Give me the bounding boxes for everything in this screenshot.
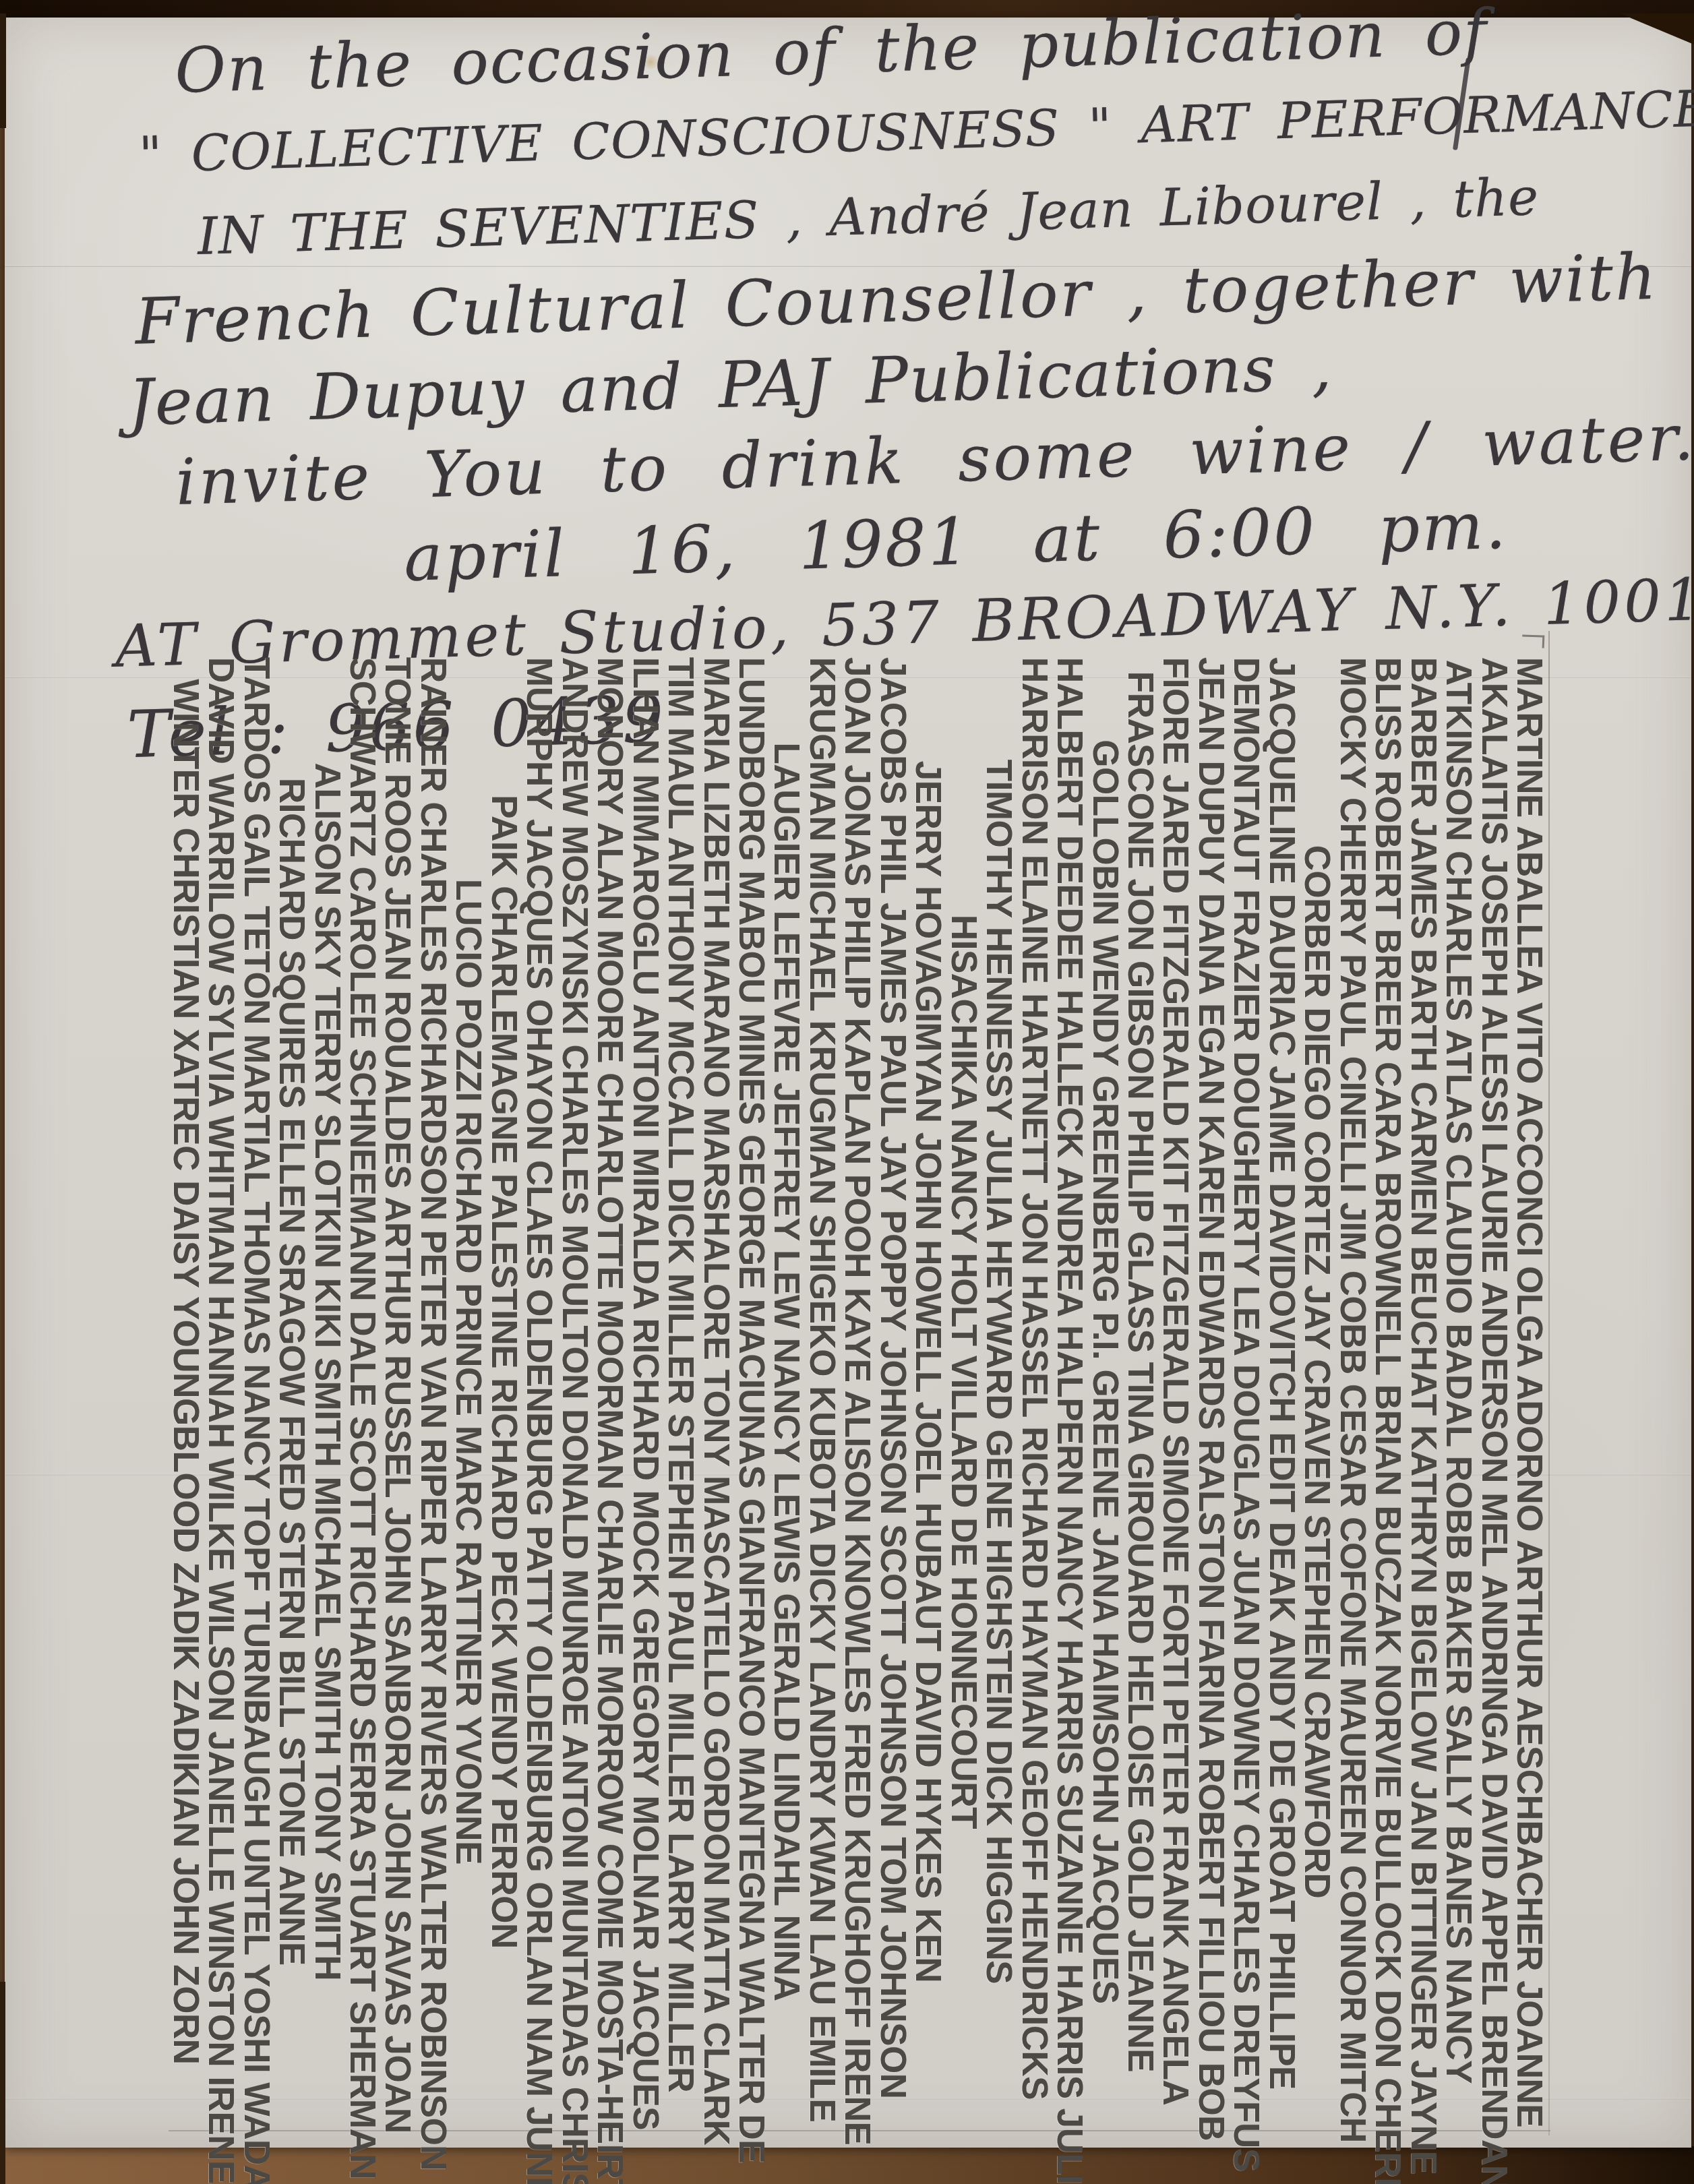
names-line: FRASCONE JON GIBSON PHILIP GLASS TINA GI… bbox=[1122, 657, 1157, 2086]
handwriting-line: IN THE SEVENTIES , André Jean Libourel ,… bbox=[197, 171, 1540, 262]
names-line: DEMONTAUT FRAZIER DOUGHERTY LEA DOUGLAS … bbox=[1228, 657, 1263, 2086]
names-line: BLISS ROBERT BREER CARA BROWNELL BRIAN B… bbox=[1370, 657, 1405, 2086]
pencil-corner-mark bbox=[1522, 634, 1545, 648]
names-line: JOAN JONAS PHILIP KAPLAN POOH KAYE ALISO… bbox=[839, 657, 874, 2086]
names-line: LUCIO POZZI RICHARD PRINCE MARC RATTNER … bbox=[450, 657, 485, 2086]
names-line: SCHWARTZ CAROLEE SCHNEEMANN DALE SCOTT R… bbox=[344, 657, 380, 2086]
names-sheet: MARTINE ABALLEA VITO ACCONCI OLGA ADORNO… bbox=[167, 657, 1546, 2086]
names-line: MARTINE ABALLEA VITO ACCONCI OLGA ADORNO… bbox=[1511, 657, 1546, 2086]
names-line: BARBER JAMES BARTH CARMEN BEUCHAT KATHRY… bbox=[1405, 657, 1440, 2086]
names-line: WINTER CHRISTIAN XATREC DAISY YOUNGBLOOD… bbox=[167, 657, 202, 2086]
names-list: MARTINE ABALLEA VITO ACCONCI OLGA ADORNO… bbox=[167, 657, 1546, 2086]
names-line: ANDREW MOSZYNSKI CHARLES MOULTON DONALD … bbox=[556, 657, 591, 2086]
names-line: LAUGIER LEFEVRE JEFFREY LEW NANCY LEWIS … bbox=[768, 657, 804, 2086]
scanned-invitation-photo: { "document": { "type_label": "handwritt… bbox=[0, 0, 1694, 2184]
handwriting-line: On the occasion of the publication of bbox=[174, 1, 1488, 102]
names-line: HARRISON ELAINE HARTNETT JON HASSEL RICH… bbox=[1016, 657, 1051, 2086]
names-line: JEAN DUPUY DANA EGAN KAREN EDWARDS RALST… bbox=[1192, 657, 1228, 2086]
names-line: HISACHIKA NANCY HOLT VILLARD DE HONNECOU… bbox=[945, 657, 980, 2086]
names-line: AKALAITIS JOSEPH ALESSI LAURIE ANDERSON … bbox=[1476, 657, 1511, 2086]
names-line: GOLLOBIN WENDY GREENBERG P.I. GREENE JAN… bbox=[1087, 657, 1122, 2086]
names-line: PAIK CHARLEMAGNE PALESTINE RICHARD PECK … bbox=[485, 657, 520, 2086]
names-line: RICHARD SQUIRES ELLEN SRAGOW FRED STERN … bbox=[274, 657, 309, 2086]
names-line: MARIA LIZBETH MARANO MARSHALORE TONY MAS… bbox=[698, 657, 733, 2086]
handwriting-line: French Cultural Counsellor , together wi… bbox=[134, 246, 1658, 355]
table-edge-sliver bbox=[0, 1982, 5, 2184]
names-line: TIM MAUL ANTHONY MCCALL DICK MILLER STEP… bbox=[663, 657, 698, 2086]
names-line: TIMOTHY HENNESSY JULIA HEYWARD GENE HIGH… bbox=[981, 657, 1016, 2086]
names-line: ATKINSON CHARLES ATLAS CLAUDIO BADAL ROB… bbox=[1441, 657, 1476, 2086]
names-line: MONORY ALAN MOORE CHARLOTTE MOORMAN CHAR… bbox=[592, 657, 627, 2086]
names-line: JACOBS PHIL JAMES PAUL JAY POPPY JOHNSON… bbox=[874, 657, 909, 2086]
names-line: MOCKY CHERRY PAUL CINELLI JIM COBB CESAR… bbox=[1334, 657, 1369, 2086]
names-line: JERRY HOVAGIMYAN JOHN HOWELL JOEL HUBAUT… bbox=[910, 657, 945, 2086]
names-line: CORBER DIEGO CORTEZ JAY CRAVEN STEPHEN C… bbox=[1299, 657, 1334, 2086]
names-line: JACQUELINE DAURIAC JAIME DAVIDOVITCH EDI… bbox=[1263, 657, 1298, 2086]
names-line: TARDOS GAIL TETON MARTIAL THOMAS NANCY T… bbox=[238, 657, 273, 2086]
names-line: HALBERT DEEDEE HALLECK ANDREA HALPERN NA… bbox=[1052, 657, 1087, 2086]
names-line: LUNDBORG MABOU MINES GEORGE MACIUNAS GIA… bbox=[733, 657, 768, 2086]
names-line: KRUGMAN MICHAEL KRUGMAN SHIGEKO KUBOTA D… bbox=[804, 657, 839, 2086]
names-line: MURPHY JACQUES OHAYON CLAES OLDENBURG PA… bbox=[521, 657, 556, 2086]
names-line: TONIE ROOS JEAN ROUALDES ARTHUR RUSSEL J… bbox=[380, 657, 415, 2086]
names-line: FIORE JARED FITZGERALD KIT FITZGERALD SI… bbox=[1157, 657, 1192, 2086]
names-line: DAVID WARRILOW SYLVIA WHITMAN HANNAH WIL… bbox=[203, 657, 238, 2086]
names-line: RAINER CHARLES RICHARDSON PETER VAN RIPE… bbox=[415, 657, 450, 2086]
names-line: ILHAN MIMAROGLU ANTONI MIRALDA RICHARD M… bbox=[627, 657, 662, 2086]
names-line: ALISON SKY TERRY SLOTKIN KIKI SMITH MICH… bbox=[309, 657, 344, 2086]
